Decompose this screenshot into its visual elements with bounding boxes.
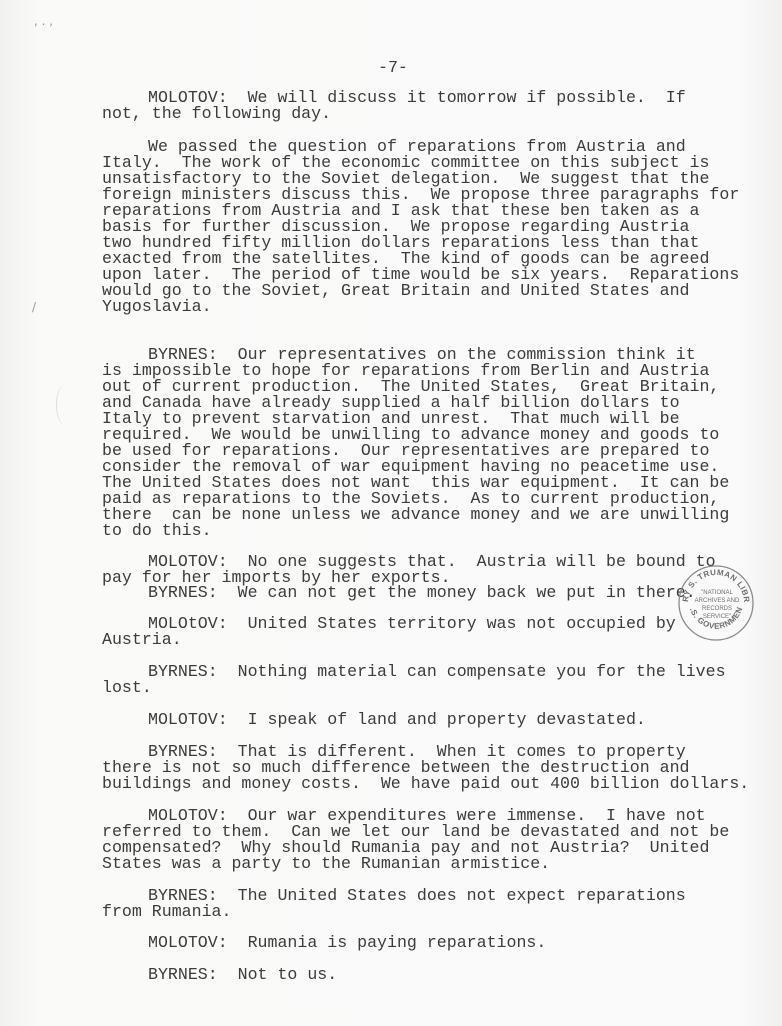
text-line: lost. [102,680,152,696]
stamp-line-3: RECORDS [702,606,732,612]
text-line: MOLOtOV: United States territory was not… [148,616,676,632]
text-line: MOLOTOV: Rumania is paying reparations. [148,935,546,951]
stamp-line-1: "NATIONAL [701,590,733,596]
margin-mark: , . , [34,14,53,28]
text-line: BYRNES: We can not get the money back we… [148,585,696,601]
margin-mark: / [32,300,36,314]
text-line: to do this. [102,523,212,539]
text-line: MOLOTOV: I speak of land and property de… [148,712,646,728]
text-line: from Rumania. [102,904,231,920]
text-line: not, the following day. [102,106,331,122]
stamp-line-2: ARCHIVES AND [695,598,740,604]
text-line: BYRNES: Nothing material can compensate … [148,664,726,680]
text-line: States was a party to the Rumanian armis… [102,856,550,872]
text-line: buildings and money costs. We have paid … [102,776,749,792]
text-line: Yugoslavia. [102,299,212,315]
text-line: BYRNES: Not to us. [148,967,337,983]
page-number: -7- [378,60,408,76]
document-page: -7- MOLOTOV: We will discuss it tomorrow… [0,0,782,1026]
stamp-line-4: SERVICE" [703,614,731,620]
archive-stamp-icon: HARRY S. TRUMAN LIBRARY U.S. GOVERNMENT … [676,563,756,643]
hole-punch-mark [56,385,73,425]
text-line: Austria. [102,632,182,648]
